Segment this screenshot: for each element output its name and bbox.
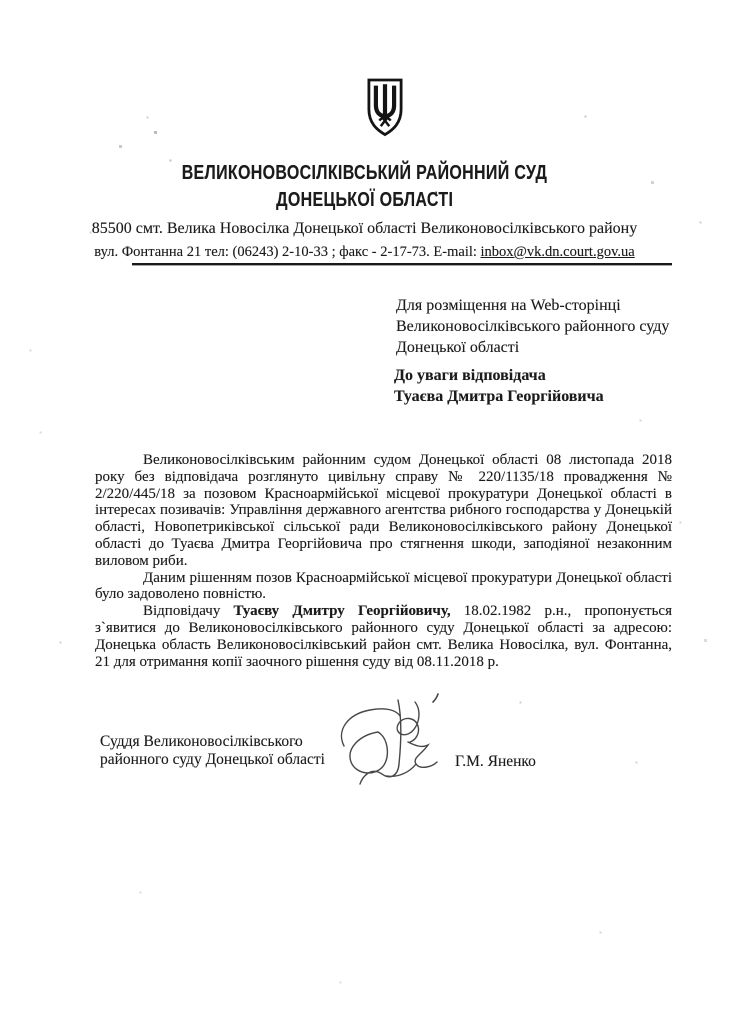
web-posting-note-line1: Для розміщення на Web-сторінці	[396, 295, 669, 316]
body-paragraph-3: Відповідачу Туаєву Дмитру Георгійовичу, …	[95, 603, 672, 670]
judge-name: Г.М. Яненко	[455, 753, 536, 771]
judge-title-line2: районного суду Донецької області	[100, 751, 325, 769]
body-paragraph-3-defendant-bold: Туаєву Дмитру Георгійовичу,	[234, 603, 451, 619]
ukraine-trident-emblem-icon	[364, 77, 406, 139]
web-posting-note: Для розміщення на Web-сторінці Великонов…	[396, 295, 669, 358]
court-address: 85500 смт. Велика Новосілка Донецької об…	[0, 220, 729, 238]
scan-noise-speckles	[0, 0, 1, 1]
body-paragraph-2: Даним рішенням позов Красноармійської мі…	[95, 570, 672, 604]
court-email: inbox@vk.dn.court.gov.ua	[481, 244, 635, 260]
scan-stray-mark: ’	[434, 188, 438, 204]
attention-defendant-name: Туаєва Дмитра Георгійовича	[394, 386, 604, 407]
judge-title-line1: Суддя Великоновосілківського	[100, 733, 325, 751]
court-name-line2: ДОНЕЦЬКОЇ ОБЛАСТІ	[0, 189, 729, 212]
web-posting-note-line3: Донецької області	[396, 337, 669, 358]
header-divider-rule	[132, 263, 672, 265]
document-body: Великоновосілківським районним судом Дон…	[95, 452, 672, 670]
court-phone-fax: вул. Фонтанна 21 тел: (06243) 2-10-33 ; …	[94, 244, 480, 260]
scanned-court-document: ВЕЛИКОНОВОСІЛКІВСЬКИЙ РАЙОННИЙ СУД ДОНЕЦ…	[0, 0, 729, 1024]
judge-title: Суддя Великоновосілківського районного с…	[100, 733, 325, 768]
attention-heading: До уваги відповідача	[394, 365, 604, 386]
attention-block: До уваги відповідача Туаєва Дмитра Георг…	[394, 365, 604, 407]
handwritten-signature-icon	[320, 686, 446, 790]
body-paragraph-1: Великоновосілківським районним судом Дон…	[95, 452, 672, 570]
court-contact-line: вул. Фонтанна 21 тел: (06243) 2-10-33 ; …	[0, 244, 729, 261]
body-paragraph-3-start: Відповідачу	[143, 603, 234, 619]
web-posting-note-line2: Великоновосілківського районного суду	[396, 316, 669, 337]
court-name-line1: ВЕЛИКОНОВОСІЛКІВСЬКИЙ РАЙОННИЙ СУД	[0, 162, 729, 185]
